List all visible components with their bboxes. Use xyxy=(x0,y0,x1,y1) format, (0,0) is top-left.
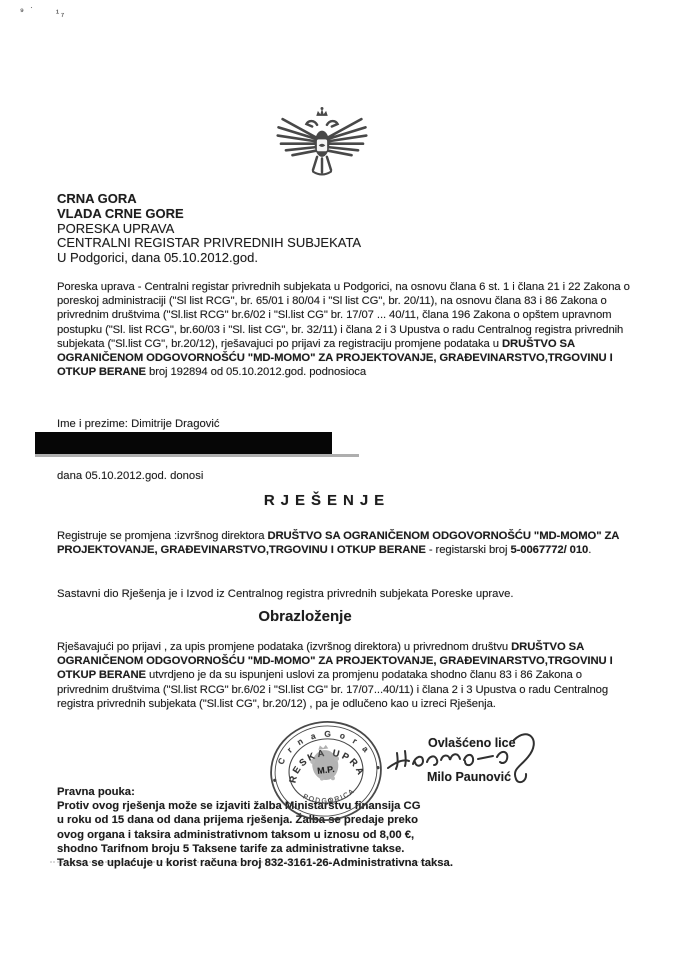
scan-speck: ¹₇ xyxy=(56,8,66,18)
decision-title: RJEŠENJE xyxy=(57,492,597,509)
scan-speck: ⁹ ˙ xyxy=(20,6,35,16)
legal-notice-line: Taksa se uplaćuje u korist računa broj 8… xyxy=(57,856,453,870)
decision-paragraph: Registruje se promjena :izvršnog direkto… xyxy=(57,529,635,557)
intro-paragraph: Poreska uprava - Centralni registar priv… xyxy=(57,280,635,379)
official-round-stamp: C r n a G o r a PORESKA UPRAVA PODGORICA… xyxy=(260,716,392,826)
applicant-name-line: Ime i prezime: Dimitrije Dragović xyxy=(57,418,220,430)
letterhead-registry: CENTRALNI REGISTAR PRIVREDNIH SUBJEKATA xyxy=(57,236,361,251)
redaction-bar-shadow xyxy=(35,454,359,457)
scanned-document-page: ⁹ ˙ ¹₇ CRNA GORA VLADA CRNE GORE PORESKA… xyxy=(0,0,679,960)
decision-text-after: . xyxy=(588,544,591,556)
date-issues-line: dana 05.10.2012.god. donosi xyxy=(57,470,203,482)
legal-notice-line: ovog organa i taksira administrativnom t… xyxy=(57,828,453,842)
registry-number-bold: 5-0067772/ 010 xyxy=(510,544,588,556)
letterhead-government: VLADA CRNE GORE xyxy=(57,207,361,222)
attachment-line: Sastavni dio Rješenja je i Izvod iz Cent… xyxy=(57,588,514,600)
redaction-bar xyxy=(35,432,332,454)
decision-text-middle: - registarski broj xyxy=(426,544,511,556)
legal-notice-line: shodno Tarifnom broju 5 Taksene tarife z… xyxy=(57,842,453,856)
letterhead-place-date: U Podgorici, dana 05.10.2012.god. xyxy=(57,251,361,266)
legal-notice-line: Protiv ovog rješenja može se izjaviti ža… xyxy=(57,799,453,813)
signatory-name: Milo Paunović xyxy=(427,770,511,784)
decision-text: Registruje se promjena :izvršnog direkto… xyxy=(57,530,267,542)
intro-text-after: broj 192894 od 05.10.2012.god. podnosioc… xyxy=(146,366,366,378)
letterhead-agency: PORESKA UPRAVA xyxy=(57,222,361,237)
legal-notice: Pravna pouka: Protiv ovog rješenja može … xyxy=(57,785,453,870)
explanation-title: Obrazloženje xyxy=(57,608,553,625)
stamp-mp-text: M.P. xyxy=(317,764,335,776)
explanation-paragraph: Rješavajući po prijavi , za upis promjen… xyxy=(57,640,635,711)
letterhead: CRNA GORA VLADA CRNE GORE PORESKA UPRAVA… xyxy=(57,192,361,266)
coat-of-arms-eagle-icon xyxy=(272,106,372,188)
letterhead-country: CRNA GORA xyxy=(57,192,361,207)
legal-notice-line: u roku od 15 dana od dana prijema rješen… xyxy=(57,813,453,827)
explanation-text: Rješavajući po prijavi , za upis promjen… xyxy=(57,641,511,653)
